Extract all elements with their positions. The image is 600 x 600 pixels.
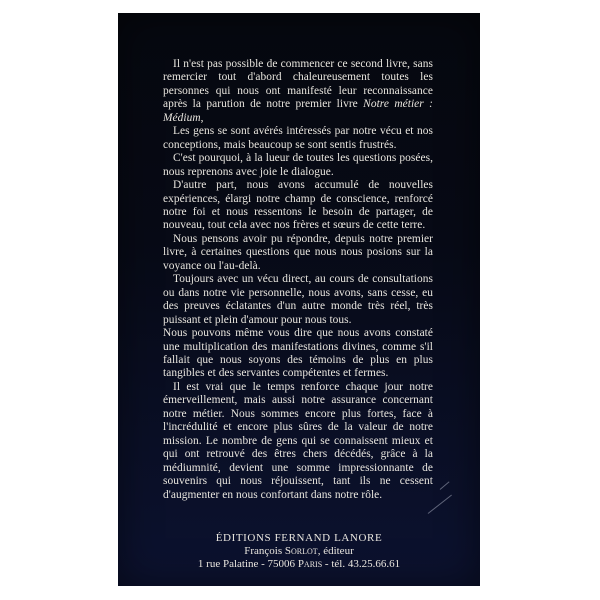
blurb-paragraph-6: Toujours avec un vécu direct, au cours d… [163, 273, 433, 327]
address-phone: - tél. 43.25.66.61 [322, 558, 400, 570]
blurb-paragraph-3: C'est pourquoi, à la lueur de toutes les… [163, 152, 433, 179]
editor-last-name: Sorlot [285, 545, 318, 557]
editor-role: , éditeur [318, 545, 354, 557]
publisher-imprint: ÉDITIONS FERNAND LANORE François Sorlot,… [118, 532, 480, 571]
book-back-cover: Il n'est pas possible de commencer ce se… [118, 13, 480, 586]
blurb-paragraph-5: Nous pensons avoir pu répondre, depuis n… [163, 233, 433, 273]
publisher-editor: François Sorlot, éditeur [118, 545, 480, 558]
blurb-paragraph-1: Il n'est pas possible de commencer ce se… [163, 58, 433, 125]
blurb-paragraph-7: Nous pouvons même vous dire que nous avo… [163, 327, 433, 381]
blurb-text: Il n'est pas possible de commencer ce se… [163, 58, 433, 502]
address-city: Paris [298, 558, 322, 570]
scratch-mark [440, 481, 450, 489]
blurb-paragraph-2: Les gens se sont avérés intéressés par n… [163, 125, 433, 152]
publisher-address: 1 rue Palatine - 75006 Paris - tél. 43.2… [118, 558, 480, 571]
blurb-paragraph-8: Il est vrai que le temps renforce chaque… [163, 381, 433, 502]
publisher-name: ÉDITIONS FERNAND LANORE [118, 532, 480, 545]
editor-first-name: François [244, 545, 282, 557]
paragraph-text: , [201, 112, 204, 124]
blurb-paragraph-4: D'autre part, nous avons accumulé de nou… [163, 179, 433, 233]
address-street: 1 rue Palatine - 75006 [198, 558, 298, 570]
